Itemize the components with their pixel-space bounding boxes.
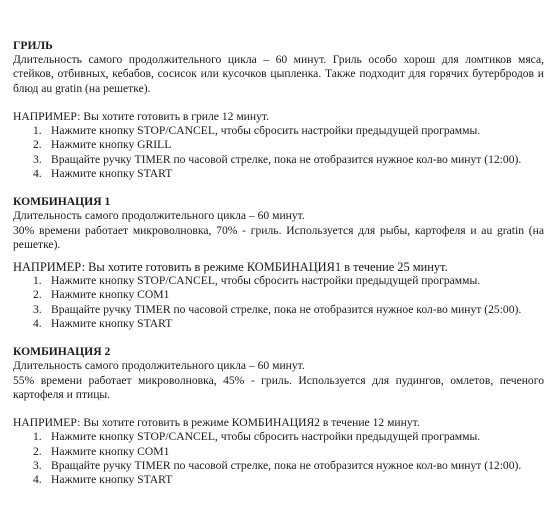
step-item: 4.Нажмите кнопку START [13, 317, 544, 331]
step-item: 1.Нажмите кнопку STOP/CANCEL, чтобы сбро… [13, 430, 544, 444]
step-item: 3.Вращайте ручку TIMER по часовой стрелк… [13, 459, 544, 473]
section-combination-2: КОМБИНАЦИЯ 2 Длительность самого продолж… [13, 345, 544, 487]
section-grill: ГРИЛЬ Длительность самого продолжительно… [13, 39, 544, 181]
section-title: ГРИЛЬ [13, 39, 544, 53]
example-intro: НАПРИМЕР: Вы хотите готовить в режиме КО… [13, 416, 544, 430]
example-intro: НАПРИМЕР: Вы хотите готовить в гриле 12 … [13, 110, 544, 124]
section-description: Длительность самого продолжительного цик… [13, 53, 544, 96]
steps-list: 1.Нажмите кнопку STOP/CANCEL, чтобы сбро… [13, 124, 544, 181]
document-page: ГРИЛЬ Длительность самого продолжительно… [13, 39, 544, 487]
step-item: 4.Нажмите кнопку START [13, 167, 544, 181]
section-title: КОМБИНАЦИЯ 1 [13, 195, 544, 209]
step-item: 4.Нажмите кнопку START [13, 473, 544, 487]
steps-list: 1.Нажмите кнопку STOP/CANCEL, чтобы сбро… [13, 274, 544, 331]
step-item: 1.Нажмите кнопку STOP/CANCEL, чтобы сбро… [13, 124, 544, 138]
section-description: 55% времени работает микроволновка, 45% … [13, 374, 544, 402]
step-item: 3.Вращайте ручку TIMER по часовой стрелк… [13, 153, 544, 167]
step-item: 2.Нажмите кнопку GRILL [13, 138, 544, 152]
step-item: 2.Нажмите кнопку COM1 [13, 288, 544, 302]
step-item: 2.Нажмите кнопку COM1 [13, 445, 544, 459]
section-combination-1: КОМБИНАЦИЯ 1 Длительность самого продолж… [13, 195, 544, 331]
section-title: КОМБИНАЦИЯ 2 [13, 345, 544, 359]
step-item: 1.Нажмите кнопку STOP/CANCEL, чтобы сбро… [13, 274, 544, 288]
section-description: 30% времени работает микроволновка, 70% … [13, 224, 544, 252]
section-duration: Длительность самого продолжительного цик… [13, 209, 544, 223]
section-duration: Длительность самого продолжительного цик… [13, 359, 544, 373]
steps-list: 1.Нажмите кнопку STOP/CANCEL, чтобы сбро… [13, 430, 544, 487]
example-intro: НАПРИМЕР: Вы хотите готовить в режиме КО… [13, 260, 544, 274]
step-item: 3.Вращайте ручку TIMER по часовой стрелк… [13, 303, 544, 317]
